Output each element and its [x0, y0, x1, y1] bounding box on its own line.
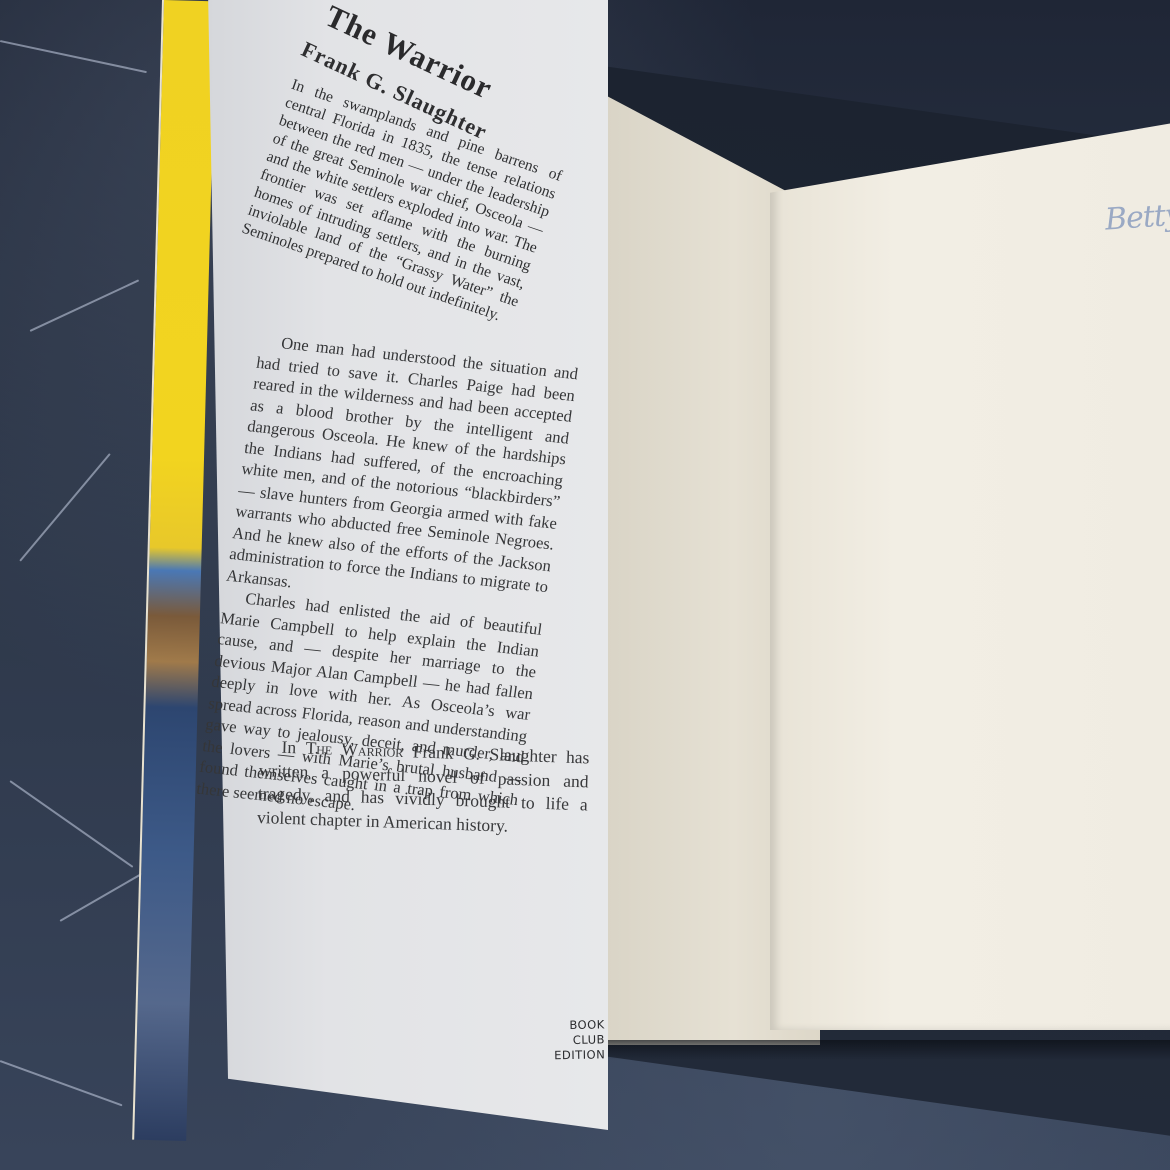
book-photo-scene: Betty The Warrior Frank G. Slaughter In … — [0, 0, 1170, 1170]
marble-vein — [30, 279, 140, 332]
flap-text-area: The Warrior Frank G. Slaughter In the sw… — [245, 0, 605, 1080]
blurb-text: In the swamplands and pine barrens of ce… — [239, 75, 564, 329]
blurb-paragraph-4: In The Warrior Frank G. Slaughter has wr… — [257, 735, 590, 840]
blurb-text: In The Warrior Frank G. Slaughter has wr… — [257, 735, 590, 840]
dust-jacket-spine — [132, 0, 216, 1141]
handwritten-signature: Betty — [1104, 197, 1170, 237]
marble-vein — [9, 780, 133, 868]
blurb-text-prefix: In — [281, 737, 306, 758]
marble-vein — [0, 1060, 123, 1106]
edition-line-1: BOOK CLUB — [535, 1017, 606, 1048]
edition-line-2: EDITION — [535, 1047, 605, 1063]
book-title-inline: The Warrior — [305, 738, 403, 761]
title-page — [770, 120, 1170, 1030]
book-shadow — [600, 1040, 1170, 1060]
marble-vein — [0, 40, 147, 73]
blurb-text: One man had understood the situation and… — [225, 330, 579, 619]
book-club-edition-label: BOOK CLUB EDITION — [535, 1017, 606, 1063]
marble-vein — [19, 453, 111, 562]
blurb-paragraph-1: In the swamplands and pine barrens of ce… — [239, 75, 564, 329]
